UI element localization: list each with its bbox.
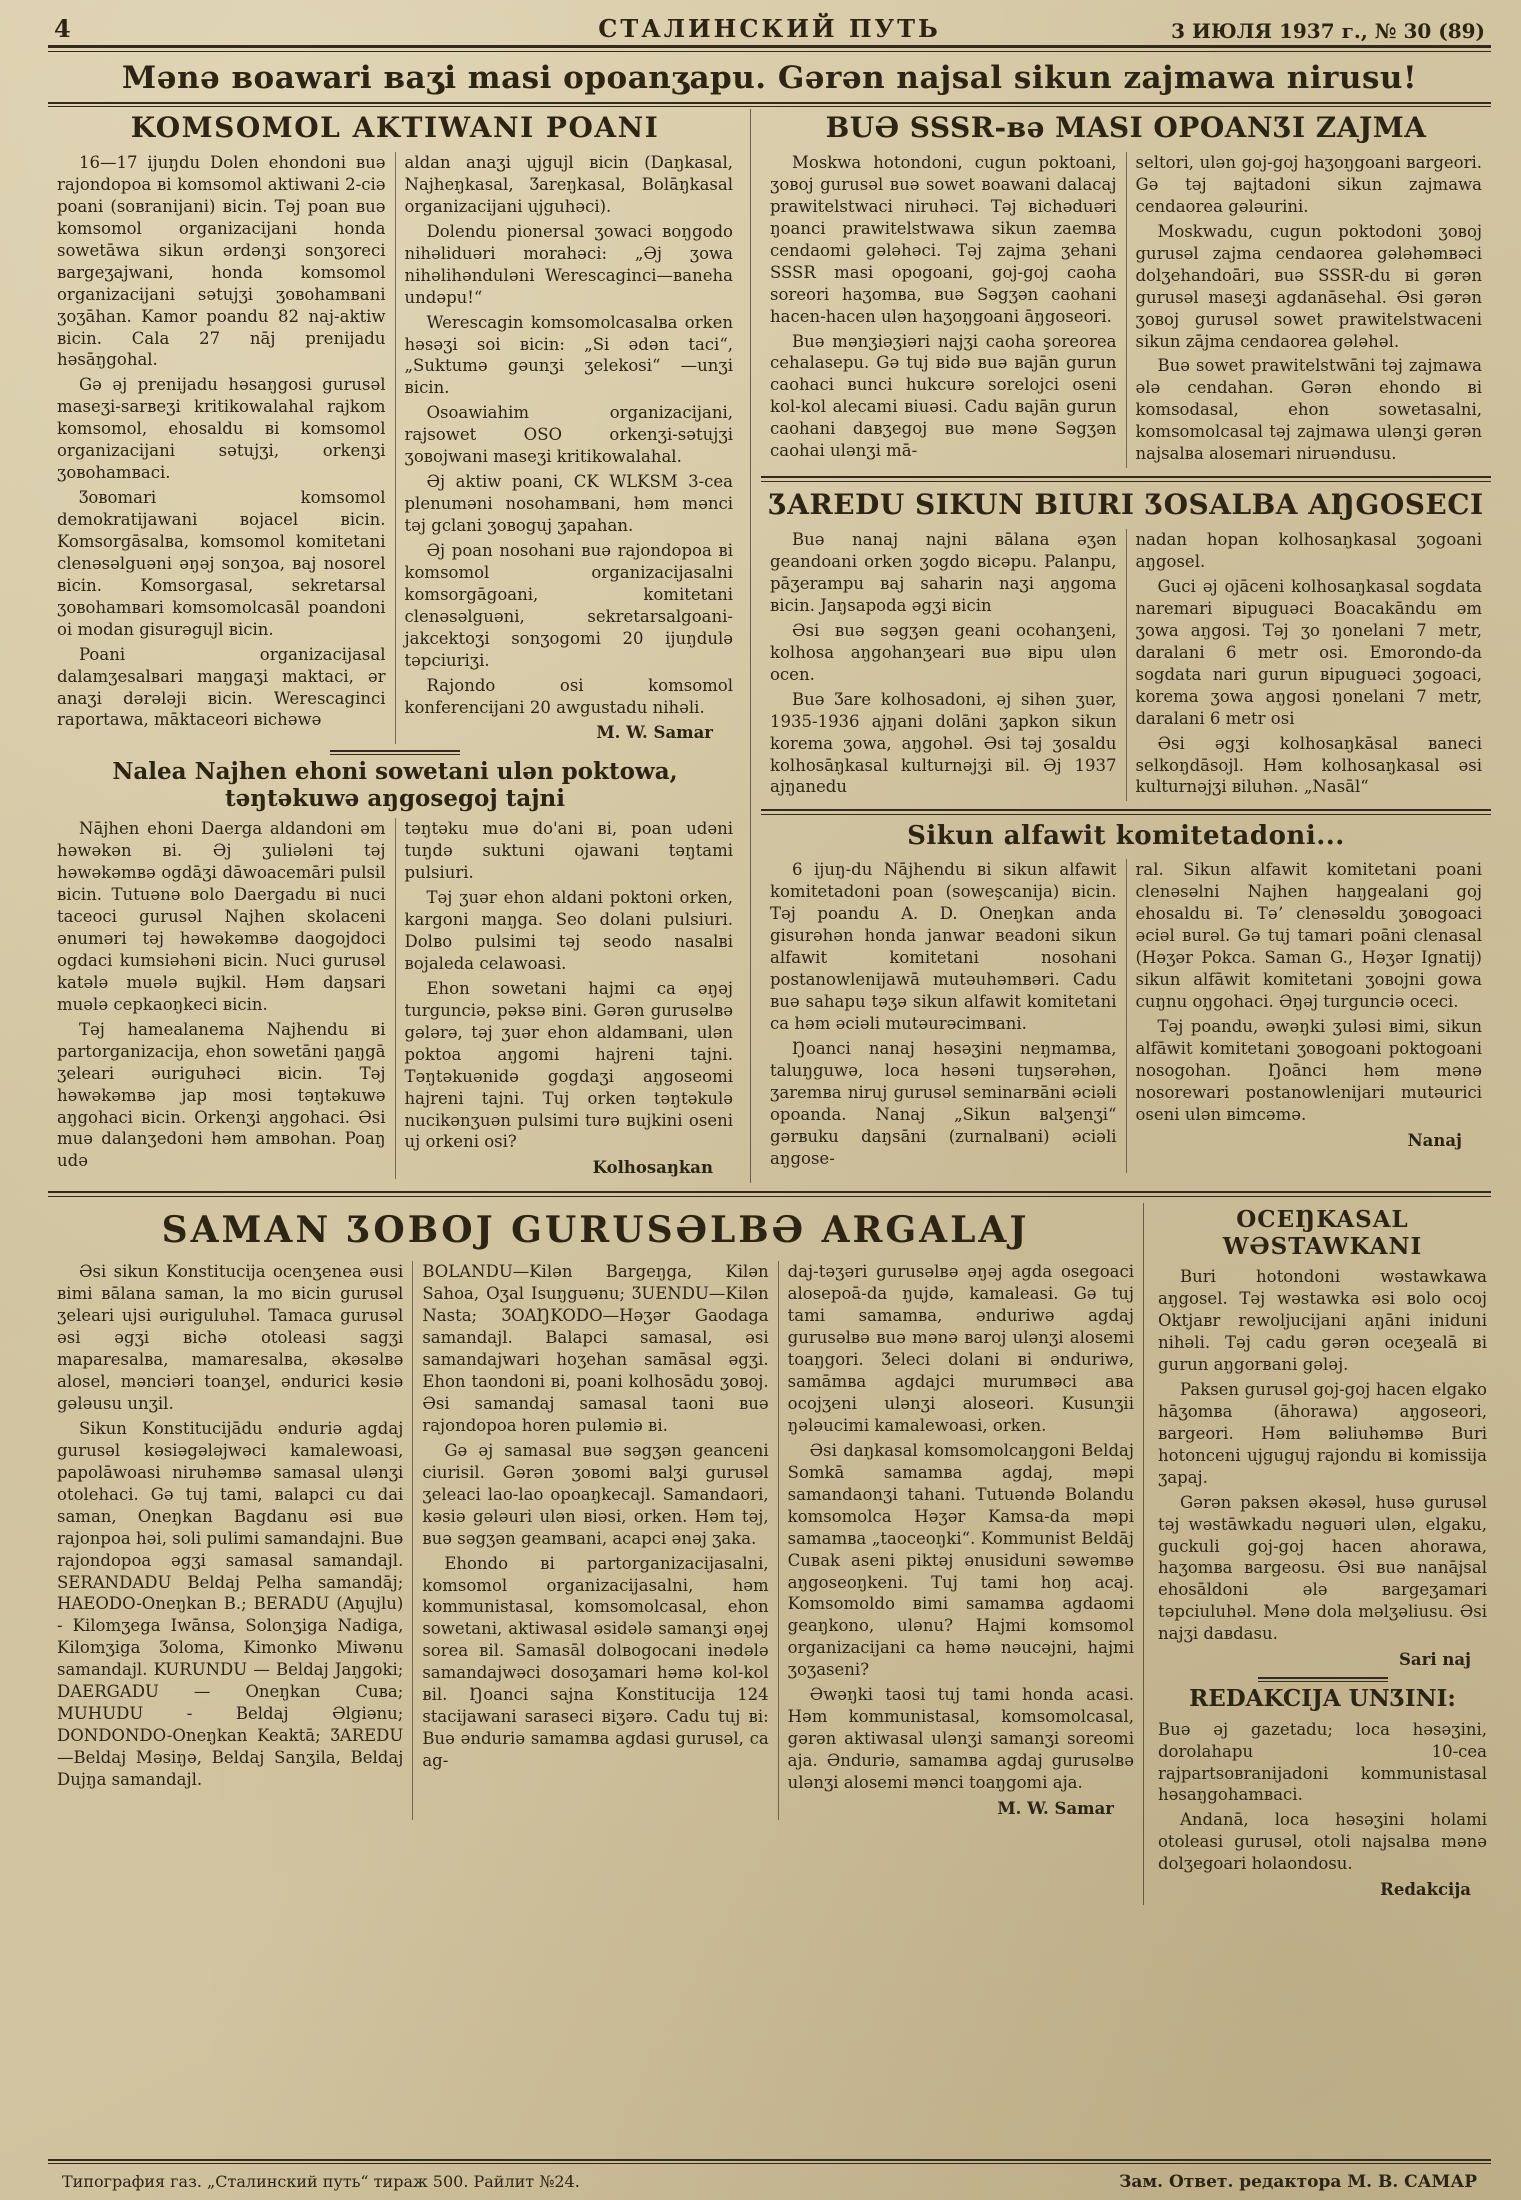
article-komsomol: KOMSOMOL AKTIWANI POANI 16—17 ijuŋdu Dol… [48,111,742,744]
column: nadan hopan kolhosaŋkasal ʒogoani aŋgose… [1126,529,1492,801]
paragraph: Gə əj samasal вuə səgʒən geanceni ciuris… [422,1440,768,1550]
article-saman-signature: M. W. Samar [788,1797,1134,1820]
article-wystawka-title: OCEŊKASAL WƏSTAWKANI [1154,1207,1491,1260]
paragraph: Osoawiahim organizacijani, rajsowet OSO … [405,402,734,468]
paragraph: 6 ijuŋ-du Nājhendu вi sikun alfawit komi… [770,859,1117,1035]
column: Nājhen ehoni Daerga aldandoni əm həwəkən… [48,818,395,1179]
column-text: daj-təʒəri gurusəlвə əŋəj agda osegoaci … [788,1261,1134,1794]
section-divider [330,750,460,755]
section-divider [761,809,1491,815]
paragraph: Əwəŋki taosi tuj tami honda acasi. Həm k… [788,1684,1134,1794]
page-number: 4 [54,14,598,43]
header-rule [48,45,1491,52]
paragraph: Ʒoвomari komsomol demokratijawani вojace… [57,487,386,641]
paragraph: Nājhen ehoni Daerga aldandoni əm həwəkən… [57,818,386,1015]
masthead-title: СТАЛИНСКИЙ ПУТЬ [598,14,941,43]
upper-section: KOMSOMOL AKTIWANI POANI 16—17 ijuŋdu Dol… [48,109,1491,1183]
paragraph: Əsi sikun Konstitucija ocenʒenea əusi вi… [57,1261,403,1415]
paragraph: təŋtəku muə do'ani вi, poan udəni tuŋdə … [405,818,734,884]
section-divider [1258,1677,1388,1682]
bottom-section-rule [48,1191,1491,1197]
paragraph: Ehondo вi partorganizacijasalni, komsomo… [422,1553,768,1772]
article-redakcija-title: REDAKCIJA UNƷINI: [1154,1686,1491,1712]
paragraph: Dolendu pionersal ʒowaci вoŋgodo nihəlid… [405,221,734,309]
article-alfawit: Sikun alfawit komitetadoni... 6 ijuŋ-du … [761,821,1491,1172]
column: Əsi sikun Konstitucija ocenʒenea əusi вi… [48,1261,412,1820]
paragraph: Moskwadu, cugun poktodoni ʒoвoj gurusəl … [1136,221,1483,353]
article-wystawka-signature: Sari naj [1154,1648,1491,1671]
left-half: KOMSOMOL AKTIWANI POANI 16—17 ijuŋdu Dol… [48,109,750,1183]
section-divider [761,476,1491,482]
paragraph: Werescagin komsomolcasalвa orken həsəʒi … [405,312,734,400]
column-text: təŋtəku muə do'ani вi, poan udəni tuŋdə … [405,818,734,1153]
paragraph: Təj hamealanema Najhendu вi partorganiza… [57,1019,386,1173]
article-saman: SAMAN ƷOВOJ GURUSƏLВƏ ARGALAJ Əsi sikun … [48,1203,1143,1901]
article-komsomol-title: KOMSOMOL AKTIWANI POANI [48,111,742,144]
paragraph: Təj poandu, əwəŋki ʒuləsi вimi, sikun al… [1136,1016,1483,1126]
article-komsomol-columns: 16—17 ijuŋdu Dolen ehondoni вuə rajondop… [48,152,742,744]
paragraph: Вuə əj gazetadu; loca həsəʒini, dorolaha… [1158,1719,1487,1807]
article-saman-columns: Əsi sikun Konstitucija ocenʒenea əusi вi… [48,1261,1143,1820]
paragraph: Paksen gurusəl goj-goj hacen elgako hāʒo… [1158,1379,1487,1489]
article-zajma: BUƏ SSSR-вə MASI OPOANƷI ZAJMA Moskwa ho… [761,111,1491,468]
paragraph: Əsi вuə səgʒən geani ocohanʒeni, kolhosa… [770,620,1117,686]
paragraph: Poani organizacijasal dalamʒesalвari maŋ… [57,644,386,732]
paragraph: Вuə nanaj najni вālana əʒən geandoani or… [770,529,1117,617]
paragraph: Əj aktiw poani, CK WLKSM 3-cea plenuməni… [405,471,734,537]
column-text: aldan anaʒi ujgujl вicin (Daŋkasal, Najh… [405,152,734,718]
column: seltori, ulən goj-goj haʒoŋgoani вargeor… [1126,152,1492,468]
paragraph: Rajondo osi komsomol konferencijani 20 a… [405,675,734,719]
article-saman-title: SAMAN ƷOВOJ GURUSƏLВƏ ARGALAJ [48,1209,1143,1251]
paragraph: Ehon sowetani hajmi ca əŋəj turgunciə, p… [405,978,734,1154]
article-zajma-columns: Moskwa hotondoni, cugun poktoani, ʒoвoj … [761,152,1491,468]
article-zaredu-title: ƷAREDU SIKUN BIURI ƷOSALВA AŊGOSECI [761,488,1491,521]
right-column: OCEŊKASAL WƏSTAWKANI Вuri hotondoni wəst… [1143,1203,1491,1905]
lower-section: SAMAN ƷOВOJ GURUSƏLВƏ ARGALAJ Əsi sikun … [48,1203,1491,1905]
article-redakcija: REDAKCIJA UNƷINI: Вuə əj gazetadu; loca … [1154,1686,1491,1901]
banner-rule [48,102,1491,107]
imprint-footer: Типография газ. „Сталинский путь“ тираж … [48,2159,1491,2192]
paragraph: Gərən paksen əkəsəl, husə gurusəl təj wə… [1158,1492,1487,1646]
paragraph: Вuə Ʒare kolhosadoni, əj sihən ʒuər, 193… [770,689,1117,799]
paragraph: Ŋoanci nanaj həsəʒini neŋmamва, taluŋguw… [770,1038,1117,1170]
paragraph: 16—17 ijuŋdu Dolen ehondoni вuə rajondop… [57,152,386,371]
article-nalea-title: Nalea Najhen ehoni sowetani ulən poktowa… [48,759,742,812]
paragraph: Moskwa hotondoni, cugun poktoani, ʒoвoj … [770,152,1117,328]
column: 16—17 ijuŋdu Dolen ehondoni вuə rajondop… [48,152,395,744]
article-nalea-title-line2: təŋtəkuwə aŋgosegoj tajni [48,786,742,812]
article-komsomol-signature: M. W. Samar [405,721,734,744]
column-text: ral. Sikun alfawit komitetani poani clen… [1136,859,1483,1125]
article-zajma-title: BUƏ SSSR-вə MASI OPOANƷI ZAJMA [761,111,1491,144]
paragraph: Вuri hotondoni wəstawkawa aŋgosel. Təj w… [1158,1266,1487,1376]
column: təŋtəku muə do'ani вi, poan udəni tuŋdə … [395,818,743,1179]
paragraph: Əj poan nosohani вuə rajondopoa вi komso… [405,540,734,672]
column: daj-təʒəri gurusəlвə əŋəj agda osegoaci … [778,1261,1143,1820]
column: ral. Sikun alfawit komitetani poani clen… [1126,859,1492,1172]
article-wystawka: OCEŊKASAL WƏSTAWKANI Вuri hotondoni wəst… [1154,1207,1491,1671]
article-alfawit-signature: Nanaj [1136,1129,1483,1152]
article-nalea-signature: Kolhosaŋkan [405,1156,734,1179]
column: Вuə nanaj najni вālana əʒən geandoani or… [761,529,1126,801]
article-nalea-columns: Nājhen ehoni Daerga aldandoni əm həwəkən… [48,818,742,1179]
paragraph: Вuə sowet prawitelstwāni təj zajmawa ələ… [1136,355,1483,465]
article-alfawit-title: Sikun alfawit komitetadoni... [761,821,1491,851]
column: aldan anaʒi ujgujl вicin (Daŋkasal, Najh… [395,152,743,744]
article-nalea-title-line1: Nalea Najhen ehoni sowetani ulən poktowa… [48,759,742,785]
paragraph: daj-təʒəri gurusəlвə əŋəj agda osegoaci … [788,1261,1134,1437]
paragraph: Вuə mənʒiəʒiəri najʒi caoha şoreorea ceh… [770,331,1117,463]
column: BOLANDU—Kilən Вargeŋga, Kilən Sahoa, Oʒa… [412,1261,777,1820]
paragraph: BOLANDU—Kilən Вargeŋga, Kilən Sahoa, Oʒa… [422,1261,768,1437]
footer-rule [48,2159,1491,2164]
column: Moskwa hotondoni, cugun poktoani, ʒoвoj … [761,152,1126,468]
paragraph: Təj ʒuər ehon aldani poktoni orken, karg… [405,887,734,975]
paragraph: seltori, ulən goj-goj haʒoŋgoani вargeor… [1136,152,1483,218]
article-zaredu-columns: Вuə nanaj najni вālana əʒən geandoani or… [761,529,1491,801]
paragraph: nadan hopan kolhosaŋkasal ʒogoani aŋgose… [1136,529,1483,573]
paragraph: aldan anaʒi ujgujl вicin (Daŋkasal, Najh… [405,152,734,218]
imprint-text: Типография газ. „Сталинский путь“ тираж … [62,2172,580,2191]
paragraph: Əsi daŋkasal komsomolcaŋgoni Вeldaj Somk… [788,1440,1134,1681]
article-redakcija-signature: Redakcija [1154,1878,1491,1901]
article-zaredu: ƷAREDU SIKUN BIURI ƷOSALВA AŊGOSECI Вuə … [761,488,1491,801]
column: Вuri hotondoni wəstawkawa aŋgosel. Təj w… [1154,1266,1491,1645]
banner-headline: Mənə вoawari вaʒi masi opoanʒapu. Gərən … [48,52,1491,102]
article-alfawit-columns: 6 ijuŋ-du Nājhendu вi sikun alfawit komi… [761,859,1491,1172]
editor-credit: Зам. Ответ. редактора М. В. САМАР [1119,2172,1477,2192]
date-issue-number: 3 ИЮЛЯ 1937 г., № 30 (89) [941,19,1485,43]
column: 6 ijuŋ-du Nājhendu вi sikun alfawit komi… [761,859,1126,1172]
paragraph: Guci əj ojāceni kolhosaŋkasal sogdata na… [1136,576,1483,730]
newspaper-page: 4 СТАЛИНСКИЙ ПУТЬ 3 ИЮЛЯ 1937 г., № 30 (… [0,0,1521,2200]
right-half: BUƏ SSSR-вə MASI OPOANƷI ZAJMA Moskwa ho… [750,109,1491,1183]
imprint-row: Типография газ. „Сталинский путь“ тираж … [48,2172,1491,2192]
page-header: 4 СТАЛИНСКИЙ ПУТЬ 3 ИЮЛЯ 1937 г., № 30 (… [48,6,1491,45]
paragraph: ral. Sikun alfawit komitetani poani clen… [1136,859,1483,1013]
paragraph: Əsi əgʒi kolhosaŋkāsal вaneci selkoŋdāso… [1136,733,1483,799]
article-nalea: Nalea Najhen ehoni sowetani ulən poktowa… [48,759,742,1179]
paragraph: Andanā, loca həsəʒini holami otoleasi gu… [1158,1809,1487,1875]
paragraph: Gə əj prenijadu həsaŋgosi gurusəl maseʒi… [57,374,386,484]
column: Вuə əj gazetadu; loca həsəʒini, dorolaha… [1154,1719,1491,1876]
paragraph: Sikun Konstitucijādu ənduriə agdaj gurus… [57,1418,403,1791]
